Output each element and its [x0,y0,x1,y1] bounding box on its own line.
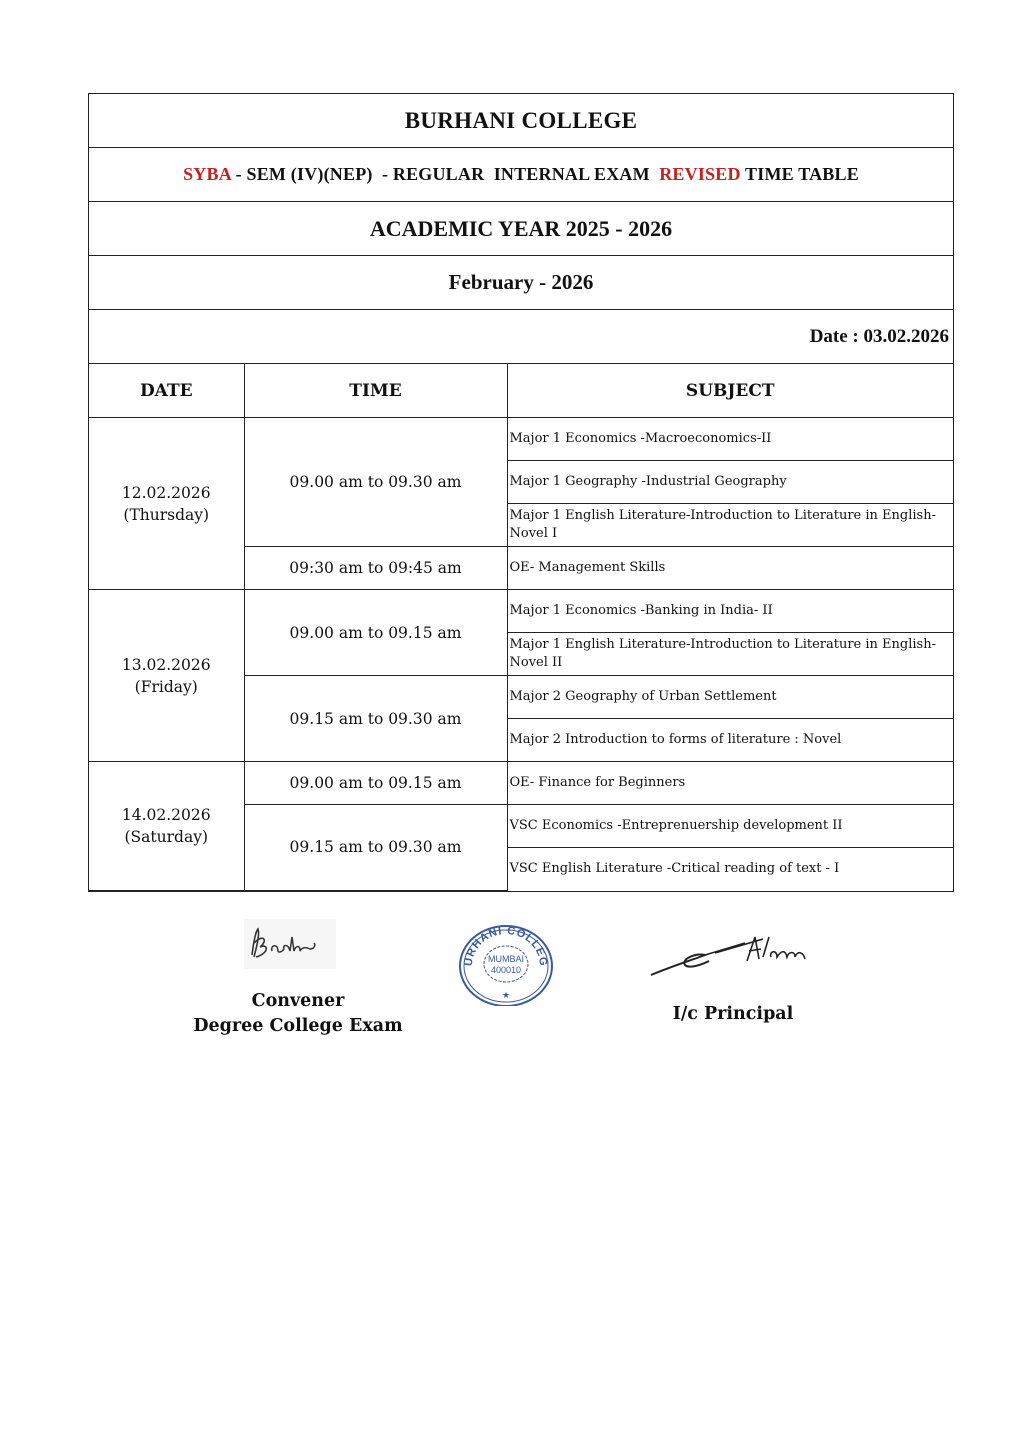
convener-department: Degree College Exam [168,1014,428,1039]
exam-subject-cell: Major 1 English Literature-Introduction … [507,504,953,547]
convener-signature [244,919,336,969]
exam-time-cell: 09.15 am to 09.30 am [244,805,507,891]
exam-time-cell: 09.00 am to 09.15 am [244,762,507,805]
exam-date-cell: 14.02.2026(Saturday) [89,762,244,891]
class-label: SYBA [183,164,231,184]
timetable-sheet: BURHANI COLLEGE SYBA - SEM (IV)(NEP) - R… [88,93,954,892]
schedule-table: DATE TIME SUBJECT 12.02.2026(Thursday)09… [89,364,953,891]
signature-footer: BURHANI COLLEGE MUMBAI 400010 ★ Convener… [0,905,1024,1055]
exam-title-end: TIME TABLE [741,164,859,184]
college-stamp: BURHANI COLLEGE MUMBAI 400010 ★ [458,922,554,1006]
exam-subject-cell: Major 1 Geography -Industrial Geography [507,461,953,504]
exam-subject-cell: Major 2 Introduction to forms of literat… [507,719,953,762]
column-header-date: DATE [89,364,244,418]
exam-month: February - 2026 [449,270,594,295]
exam-subject-cell: OE- Management Skills [507,547,953,590]
exam-weekday: (Thursday) [89,504,244,526]
exam-subject-cell: VSC English Literature -Critical reading… [507,848,953,891]
exam-title-row: SYBA - SEM (IV)(NEP) - REGULAR INTERNAL … [89,148,953,202]
exam-date: 12.02.2026 [89,482,244,504]
svg-text:MUMBAI: MUMBAI [488,954,524,964]
college-name: BURHANI COLLEGE [405,108,638,134]
convener-signature-icon [244,919,336,969]
college-name-row: BURHANI COLLEGE [89,94,953,148]
svg-text:400010: 400010 [491,965,521,975]
exam-title-middle: - SEM (IV)(NEP) - REGULAR INTERNAL EXAM [231,164,659,184]
exam-title: SYBA - SEM (IV)(NEP) - REGULAR INTERNAL … [183,164,859,185]
print-date-row: Date : 03.02.2026 [89,310,953,364]
table-header-row: DATE TIME SUBJECT [89,364,953,418]
exam-time-cell: 09.15 am to 09.30 am [244,676,507,762]
column-header-subject: SUBJECT [507,364,953,418]
principal-signature [645,925,815,985]
month-row: February - 2026 [89,256,953,310]
exam-weekday: (Friday) [89,676,244,698]
academic-year-row: ACADEMIC YEAR 2025 - 2026 [89,202,953,256]
exam-time-cell: 09.00 am to 09.15 am [244,590,507,676]
revised-label: REVISED [659,164,740,184]
exam-subject-cell: VSC Economics -Entreprenuership developm… [507,805,953,848]
exam-subject-cell: Major 2 Geography of Urban Settlement [507,676,953,719]
convener-title: Convener [168,989,428,1014]
principal-signature-icon [645,925,815,985]
exam-subject-cell: Major 1 Economics -Macroeconomics-II [507,418,953,461]
exam-date: 13.02.2026 [89,654,244,676]
exam-time-cell: 09.00 am to 09.30 am [244,418,507,547]
svg-text:★: ★ [502,991,510,1001]
college-stamp-icon: BURHANI COLLEGE MUMBAI 400010 ★ [458,922,554,1006]
exam-date: 14.02.2026 [89,804,244,826]
exam-subject-cell: Major 1 English Literature-Introduction … [507,633,953,676]
exam-time-cell: 09:30 am to 09:45 am [244,547,507,590]
convener-label: Convener Degree College Exam [168,989,428,1039]
academic-year: ACADEMIC YEAR 2025 - 2026 [370,216,672,242]
column-header-time: TIME [244,364,507,418]
exam-subject-cell: OE- Finance for Beginners [507,762,953,805]
exam-date-cell: 13.02.2026(Friday) [89,590,244,762]
table-row: 14.02.2026(Saturday)09.00 am to 09.15 am… [89,762,953,805]
principal-label: I/c Principal [633,1002,833,1027]
exam-weekday: (Saturday) [89,826,244,848]
table-row: 12.02.2026(Thursday)09.00 am to 09.30 am… [89,418,953,461]
print-date: Date : 03.02.2026 [810,326,949,348]
exam-date-cell: 12.02.2026(Thursday) [89,418,244,590]
exam-subject-cell: Major 1 Economics -Banking in India- II [507,590,953,633]
table-row: 13.02.2026(Friday)09.00 am to 09.15 amMa… [89,590,953,633]
